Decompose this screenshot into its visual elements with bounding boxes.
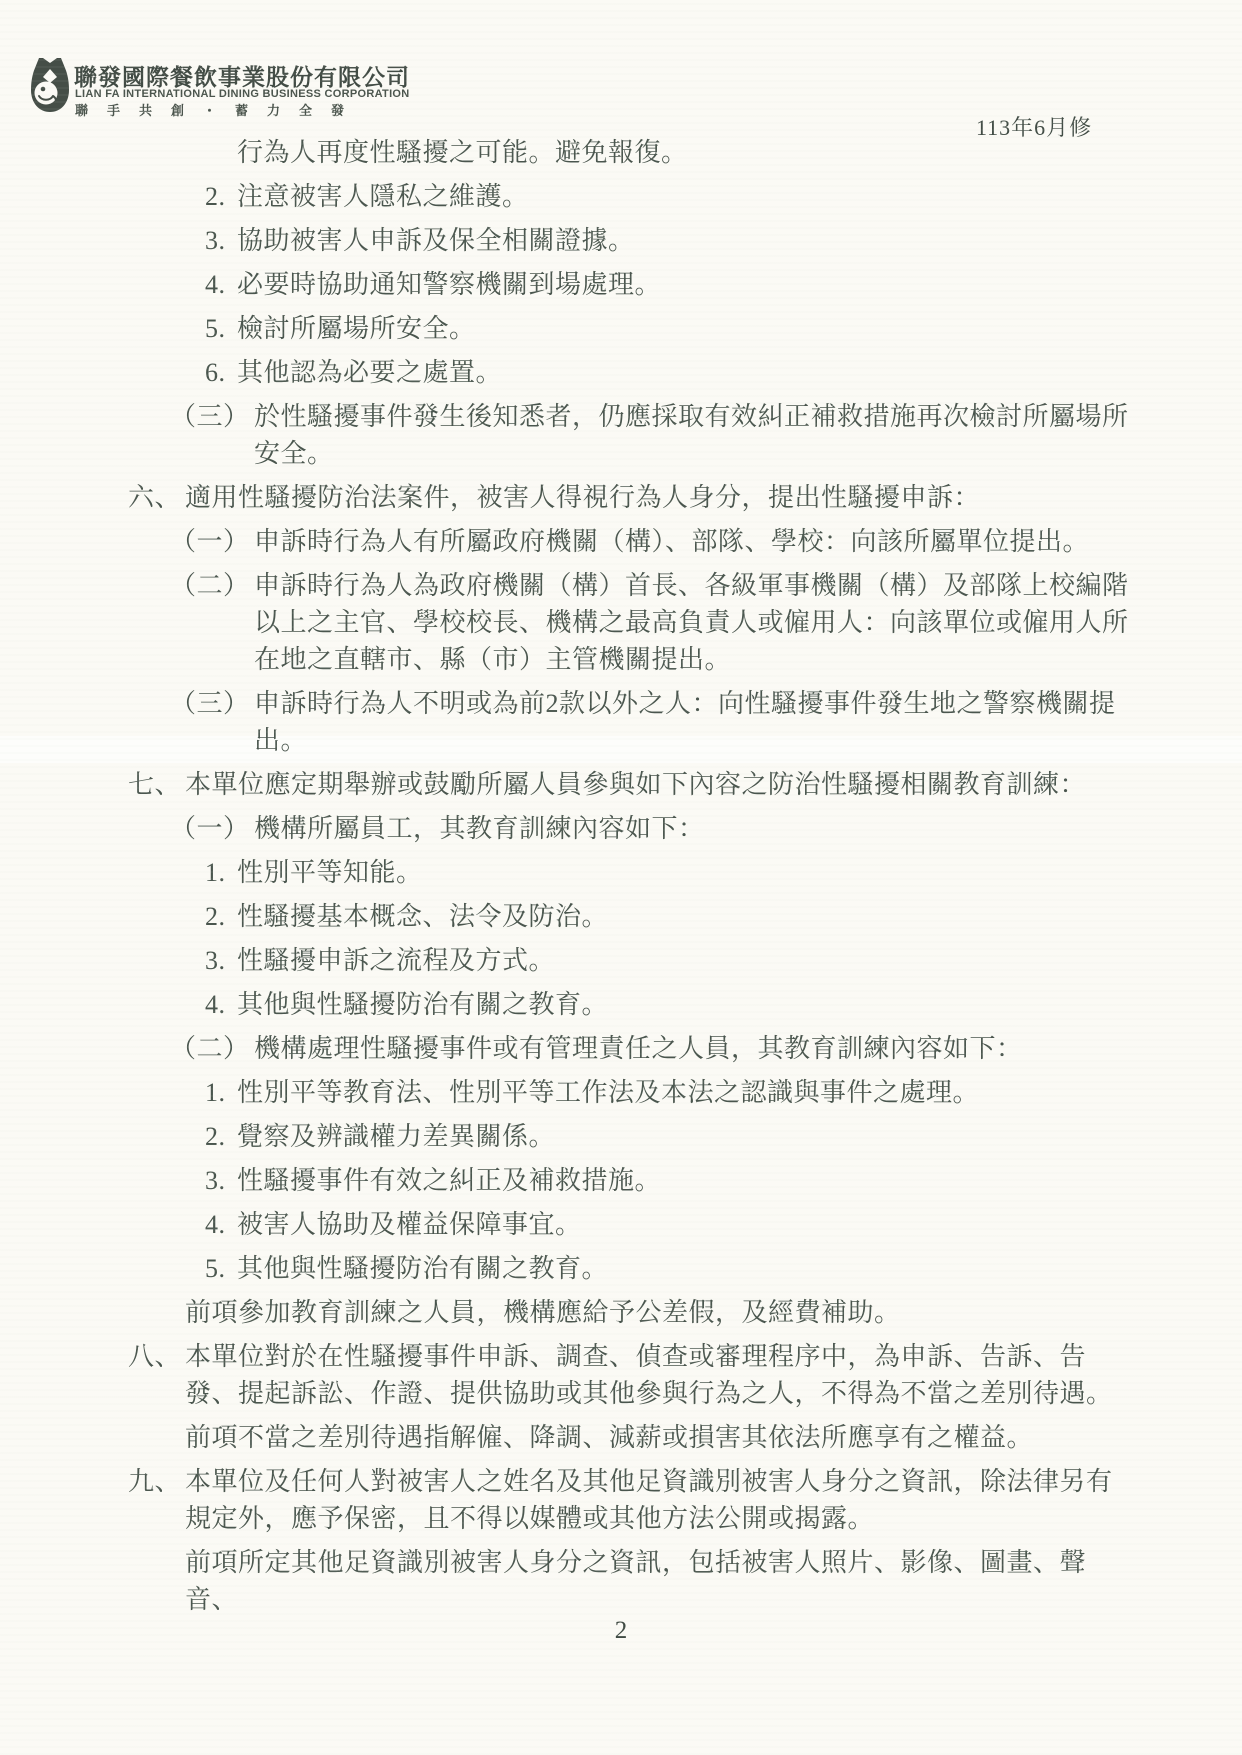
doc-paragraph: 3.性騷擾事件有效之糾正及補救措施。 bbox=[0, 1162, 1136, 1199]
paragraph-text: 前項不當之差別待遇指解僱、降調、減薪或損害其依法所應享有之權益。 bbox=[185, 1423, 1033, 1452]
paragraph-text: 其他認為必要之處置。 bbox=[237, 358, 502, 387]
doc-paragraph: 行為人再度性騷擾之可能。避免報復。 bbox=[0, 134, 1136, 171]
paragraph-text: 機構所屬員工，其教育訓練內容如下： bbox=[254, 814, 705, 843]
doc-paragraph: 4.其他與性騷擾防治有關之教育。 bbox=[0, 986, 1136, 1023]
paragraph-text: 前項參加教育訓練之人員，機構應給予公差假，及經費補助。 bbox=[185, 1298, 901, 1327]
paragraph-label: 1. bbox=[205, 1074, 237, 1111]
paragraph-label: 七、 bbox=[128, 766, 185, 803]
doc-paragraph: 2.覺察及辨識權力差異關係。 bbox=[0, 1118, 1136, 1155]
doc-paragraph: （二）申訴時行為人為政府機關（構）首長、各級軍事機關（構）及部隊上校編階以上之主… bbox=[0, 567, 1136, 678]
paragraph-label: 3. bbox=[205, 222, 237, 259]
paragraph-text: 性別平等教育法、性別平等工作法及本法之認識與事件之處理。 bbox=[237, 1078, 979, 1107]
paragraph-label: （二） bbox=[170, 1030, 254, 1067]
paragraph-text: 其他與性騷擾防治有關之教育。 bbox=[237, 1254, 608, 1283]
doc-paragraph: （二）機構處理性騷擾事件或有管理責任之人員，其教育訓練內容如下： bbox=[0, 1030, 1136, 1067]
doc-paragraph: 1.性別平等知能。 bbox=[0, 854, 1136, 891]
doc-paragraph: （一）申訴時行為人有所屬政府機關（構）、部隊、學校：向該所屬單位提出。 bbox=[0, 523, 1136, 560]
paragraph-label: 2. bbox=[205, 1118, 237, 1155]
doc-paragraph: 前項參加教育訓練之人員，機構應給予公差假，及經費補助。 bbox=[0, 1294, 1136, 1331]
doc-paragraph: （三）於性騷擾事件發生後知悉者，仍應採取有效糾正補救措施再次檢討所屬場所安全。 bbox=[0, 398, 1136, 472]
doc-paragraph: 前項所定其他足資識別被害人身分之資訊，包括被害人照片、影像、圖畫、聲音、 bbox=[0, 1544, 1136, 1618]
paragraph-text: 檢討所屬場所安全。 bbox=[237, 314, 476, 343]
paragraph-label: （三） bbox=[170, 398, 254, 435]
paragraph-label: （三） bbox=[170, 685, 254, 722]
paragraph-text: 前項所定其他足資識別被害人身分之資訊，包括被害人照片、影像、圖畫、聲音、 bbox=[185, 1548, 1086, 1614]
page-number: 2 bbox=[0, 1617, 1242, 1645]
paragraph-text: 性騷擾申訴之流程及方式。 bbox=[237, 946, 555, 975]
company-name-en: LIAN FA INTERNATIONAL DINING BUSINESS CO… bbox=[75, 88, 410, 100]
company-slogan: 聯手共創・蓄力全發 bbox=[75, 100, 363, 119]
paragraph-text: 機構處理性騷擾事件或有管理責任之人員，其教育訓練內容如下： bbox=[254, 1034, 1023, 1063]
paragraph-text: 其他與性騷擾防治有關之教育。 bbox=[237, 990, 608, 1019]
document-page: 聯發國際餐飲事業股份有限公司 LIAN FA INTERNATIONAL DIN… bbox=[0, 0, 1242, 1755]
paragraph-label: 4. bbox=[205, 266, 237, 303]
document-body: 行為人再度性騷擾之可能。避免報復。2.注意被害人隱私之維護。3.協助被害人申訴及… bbox=[0, 134, 1242, 1625]
paragraph-label: 2. bbox=[205, 898, 237, 935]
paragraph-label: 六、 bbox=[128, 479, 185, 516]
paragraph-text: 行為人再度性騷擾之可能。避免報復。 bbox=[237, 138, 688, 167]
paragraph-text: 注意被害人隱私之維護。 bbox=[237, 182, 529, 211]
paragraph-text: 必要時協助通知警察機關到場處理。 bbox=[237, 270, 661, 299]
paragraph-text: 被害人協助及權益保障事宜。 bbox=[237, 1210, 582, 1239]
paragraph-text: 申訴時行為人為政府機關（構）首長、各級軍事機關（構）及部隊上校編階以上之主官、學… bbox=[254, 571, 1129, 674]
doc-paragraph: 七、本單位應定期舉辦或鼓勵所屬人員參與如下內容之防治性騷擾相關教育訓練： bbox=[0, 766, 1136, 803]
paragraph-label: 5. bbox=[205, 310, 237, 347]
doc-paragraph: 1.性別平等教育法、性別平等工作法及本法之認識與事件之處理。 bbox=[0, 1074, 1136, 1111]
doc-paragraph: 六、適用性騷擾防治法案件，被害人得視行為人身分，提出性騷擾申訴： bbox=[0, 479, 1136, 516]
paragraph-label: 4. bbox=[205, 1206, 237, 1243]
paragraph-text: 性別平等知能。 bbox=[237, 858, 423, 887]
paragraph-text: 本單位對於在性騷擾事件申訴、調查、偵查或審理程序中，為申訴、告訴、告發、提起訴訟… bbox=[185, 1342, 1113, 1408]
paragraph-label: 3. bbox=[205, 942, 237, 979]
paragraph-label: 九、 bbox=[128, 1463, 185, 1500]
doc-paragraph: 6.其他認為必要之處置。 bbox=[0, 354, 1136, 391]
doc-paragraph: 3.性騷擾申訴之流程及方式。 bbox=[0, 942, 1136, 979]
paragraph-text: 性騷擾事件有效之糾正及補救措施。 bbox=[237, 1166, 661, 1195]
doc-paragraph: 2.性騷擾基本概念、法令及防治。 bbox=[0, 898, 1136, 935]
paragraph-label: （二） bbox=[170, 567, 254, 604]
paragraph-label: 3. bbox=[205, 1162, 237, 1199]
paragraph-text: 申訴時行為人不明或為前2款以外之人：向性騷擾事件發生地之警察機關提出。 bbox=[254, 689, 1116, 755]
paragraph-text: 於性騷擾事件發生後知悉者，仍應採取有效糾正補救措施再次檢討所屬場所安全。 bbox=[254, 402, 1129, 468]
doc-paragraph: 3.協助被害人申訴及保全相關證據。 bbox=[0, 222, 1136, 259]
doc-paragraph: 前項不當之差別待遇指解僱、降調、減薪或損害其依法所應享有之權益。 bbox=[0, 1419, 1136, 1456]
paragraph-label: 5. bbox=[205, 1250, 237, 1287]
paragraph-text: 協助被害人申訴及保全相關證據。 bbox=[237, 226, 635, 255]
doc-paragraph: （一）機構所屬員工，其教育訓練內容如下： bbox=[0, 810, 1136, 847]
doc-paragraph: 5.檢討所屬場所安全。 bbox=[0, 310, 1136, 347]
doc-paragraph: 2.注意被害人隱私之維護。 bbox=[0, 178, 1136, 215]
doc-paragraph: 九、本單位及任何人對被害人之姓名及其他足資識別被害人身分之資訊，除法律另有規定外… bbox=[0, 1463, 1136, 1537]
paragraph-label: 2. bbox=[205, 178, 237, 215]
paragraph-text: 本單位應定期舉辦或鼓勵所屬人員參與如下內容之防治性騷擾相關教育訓練： bbox=[185, 770, 1086, 799]
paragraph-label: 八、 bbox=[128, 1338, 185, 1375]
paragraph-label: （一） bbox=[170, 810, 254, 847]
paragraph-label: 1. bbox=[205, 854, 237, 891]
paragraph-label: 4. bbox=[205, 986, 237, 1023]
jar-mascot-icon bbox=[30, 57, 70, 113]
paragraph-label: 6. bbox=[205, 354, 237, 391]
doc-paragraph: （三）申訴時行為人不明或為前2款以外之人：向性騷擾事件發生地之警察機關提出。 bbox=[0, 685, 1136, 759]
paragraph-text: 申訴時行為人有所屬政府機關（構）、部隊、學校：向該所屬單位提出。 bbox=[254, 527, 1089, 556]
doc-paragraph: 4.必要時協助通知警察機關到場處理。 bbox=[0, 266, 1136, 303]
doc-paragraph: 八、本單位對於在性騷擾事件申訴、調查、偵查或審理程序中，為申訴、告訴、告發、提起… bbox=[0, 1338, 1136, 1412]
doc-paragraph: 4.被害人協助及權益保障事宜。 bbox=[0, 1206, 1136, 1243]
paragraph-text: 本單位及任何人對被害人之姓名及其他足資識別被害人身分之資訊，除法律另有規定外，應… bbox=[185, 1467, 1113, 1533]
paragraph-text: 性騷擾基本概念、法令及防治。 bbox=[237, 902, 608, 931]
paragraph-label: （一） bbox=[170, 523, 254, 560]
doc-paragraph: 5.其他與性騷擾防治有關之教育。 bbox=[0, 1250, 1136, 1287]
paragraph-text: 適用性騷擾防治法案件，被害人得視行為人身分，提出性騷擾申訴： bbox=[185, 483, 980, 512]
paragraph-text: 覺察及辨識權力差異關係。 bbox=[237, 1122, 555, 1151]
